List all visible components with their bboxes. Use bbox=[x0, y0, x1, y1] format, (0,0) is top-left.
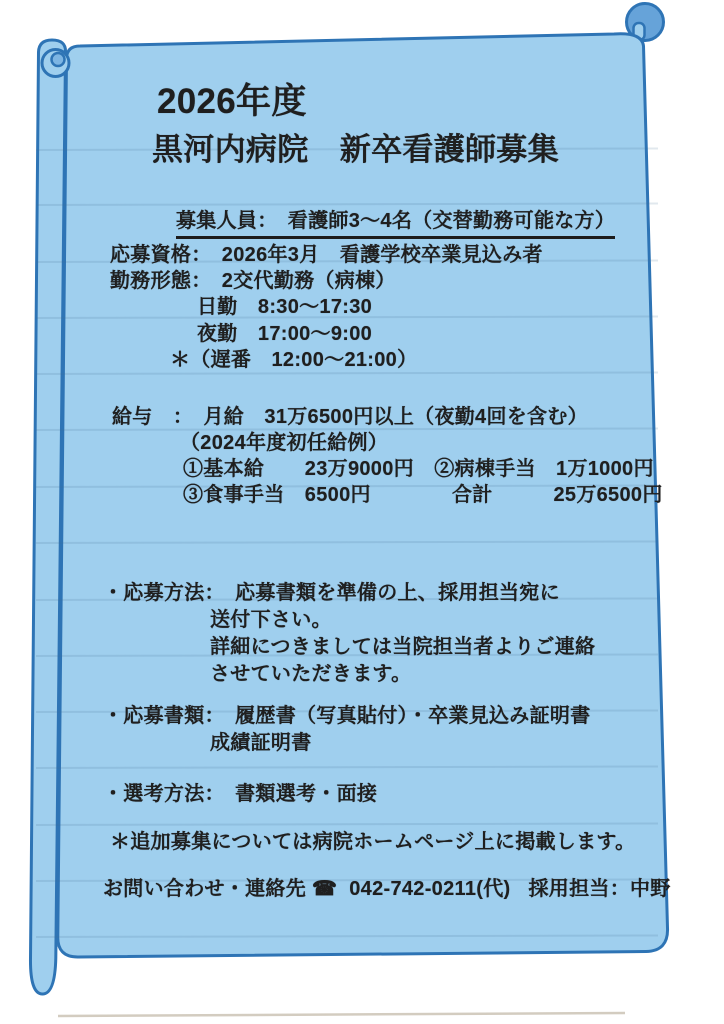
contact-label: お問い合わせ・連絡先 bbox=[103, 878, 306, 901]
apply-method-line4: させていただきます。 bbox=[210, 663, 411, 686]
salary-note-line: （2024年度初任給例） bbox=[180, 432, 388, 455]
day-shift-line: 日勤 8:30〜17:30 bbox=[197, 296, 372, 319]
contact-line: お問い合わせ・連絡先☎042-742-0211(代)採用担当：中野 bbox=[103, 878, 671, 901]
night-shift-line: 夜勤 17:00〜9:00 bbox=[197, 323, 372, 346]
year-title: 2026年度 bbox=[157, 82, 307, 122]
recruit-heading: 募集人員： 看護師3〜4名（交替勤務可能な方） bbox=[176, 210, 615, 239]
scanned-flyer: 2026年度 黒河内病院 新卒看護師募集 募集人員： 看護師3〜4名（交替勤務可… bbox=[0, 0, 724, 1024]
contact-person: 採用担当：中野 bbox=[529, 878, 671, 901]
selection-method-line: ・選考方法： 書類選考・面接 bbox=[103, 783, 377, 806]
apply-method-line3: 詳細につきましては当院担当者よりご連絡 bbox=[210, 636, 595, 659]
work-style-line: 勤務形態： 2交代勤務（病棟） bbox=[110, 270, 396, 293]
documents-line2: 成績証明書 bbox=[210, 732, 312, 755]
salary-breakdown-1: ①基本給 23万9000円 ②病棟手当 1万1000円 bbox=[183, 458, 654, 481]
apply-method-line2: 送付下さい。 bbox=[210, 609, 332, 632]
additional-note-line: ＊追加募集については病院ホームページ上に掲載します。 bbox=[110, 831, 635, 854]
qualification-line: 応募資格： 2026年3月 看護学校卒業見込み者 bbox=[110, 244, 543, 267]
salary-breakdown-2: ③食事手当 6500円 合計 25万6500円 bbox=[183, 484, 663, 507]
late-shift-line: ＊（遅番 12:00〜21:00） bbox=[170, 349, 417, 372]
main-title: 黒河内病院 新卒看護師募集 bbox=[152, 132, 559, 168]
scan-bottom-smudge bbox=[58, 1013, 625, 1016]
salary-line: 給与 ： 月給 31万6500円以上（夜勤4回を含む） bbox=[112, 406, 588, 429]
scroll-top-left-curl-center bbox=[52, 53, 65, 66]
contact-number: 042-742-0211(代) bbox=[349, 878, 510, 901]
phone-icon: ☎ bbox=[312, 878, 337, 901]
apply-method-line1: ・応募方法： 応募書類を準備の上、採用担当宛に bbox=[103, 582, 560, 605]
documents-line1: ・応募書類： 履歴書（写真貼付）・卒業見込み証明書 bbox=[103, 705, 591, 728]
